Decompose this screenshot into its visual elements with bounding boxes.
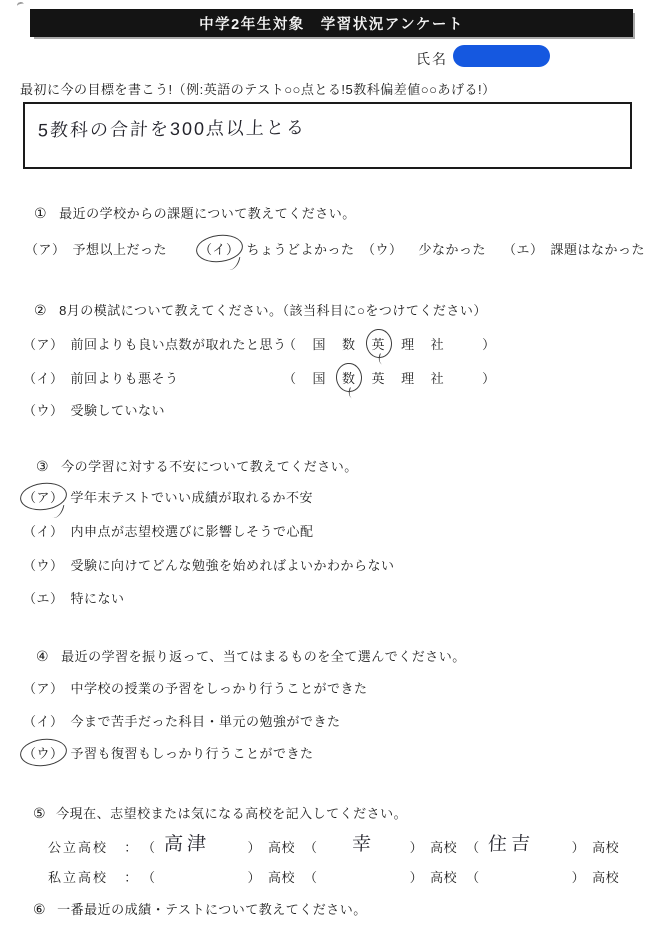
q3-title-text: 今の学習に対する不安について教えてください。 <box>61 456 358 475</box>
private-school-entry-3: （ ） 高校 <box>466 867 628 886</box>
colon: ： <box>120 867 142 886</box>
q3-option-d: （エ） 特にない <box>23 588 125 607</box>
q5-private-row: 私立高校 ： （ ） 高校 （ ） 高校 （ ） 高校 <box>48 867 628 886</box>
q4-option-a-key: （ア） <box>23 678 64 697</box>
paren-open: （ <box>142 867 156 886</box>
q6-title: ⑥ 一番最近の成績・テストについて教えてください。 <box>33 899 367 918</box>
public-school-3-handwritten: 住吉 <box>479 829 534 857</box>
q4-option-b-label: 今まで苦手だった科目・単元の勉強ができた <box>71 711 341 730</box>
q1-number: ① <box>34 205 47 222</box>
private-school-label: 私立高校 <box>48 867 120 886</box>
subject-eigo handwritten-circle-mark: 英 <box>372 334 386 353</box>
subject-eigo: 英 <box>372 368 386 387</box>
q1-option-a-key: （ア） <box>25 239 66 258</box>
q6-title-text: 一番最近の成績・テストについて教えてください。 <box>57 899 367 918</box>
q2-row-b-label: 前回よりも悪そう <box>71 368 179 387</box>
school-suffix: 高校 <box>268 837 295 856</box>
scanned-survey-page: 中学2年生対象 学習状況アンケート 氏名 最初に今の目標を書こう!（例:英語のテ… <box>0 0 657 936</box>
public-school-1-handwritten: 高津 <box>155 829 210 857</box>
q2-row-b-key: （イ） <box>23 368 64 387</box>
paren-close: ） <box>482 334 496 353</box>
public-school-2-handwritten: 幸 <box>351 829 375 856</box>
q1-option-b-key handwritten-circle-mark: （イ） <box>199 239 240 258</box>
q6-number: ⑥ <box>33 901 46 918</box>
scan-artifact <box>16 1 24 9</box>
q3-option-b-key: （イ） <box>23 521 64 540</box>
paren-close: ） <box>410 867 424 886</box>
paren-open: （ <box>283 368 297 387</box>
public-school-entry-1: （ 高津 ） 高校 <box>142 831 304 858</box>
q4-option-c-key handwritten-circle-mark: （ウ） <box>23 743 64 762</box>
q3-option-a: （ア） 学年末テストでいい成績が取れるか不安 <box>23 487 313 506</box>
paren-close: ） <box>410 837 424 856</box>
q1-option-d-key: （エ） <box>503 239 544 258</box>
subject-shakai: 社 <box>431 334 445 353</box>
q3-option-c-label: 受験に向けてどんな勉強を始めればよいかわからない <box>71 555 395 574</box>
q3-option-c: （ウ） 受験に向けてどんな勉強を始めればよいかわからない <box>23 555 395 574</box>
q1-option-d: （エ） 課題はなかった <box>503 239 645 258</box>
private-school-entry-2: （ ） 高校 <box>304 867 466 886</box>
q3-title: ③ 今の学習に対する不安について教えてください。 <box>36 456 358 475</box>
q2-row-b-subjects: （ 国 数 英 理 社 ） <box>283 368 496 387</box>
paren-open: （ <box>283 334 297 353</box>
subject-sugaku handwritten-circle-mark: 数 <box>342 368 356 387</box>
school-suffix: 高校 <box>430 837 457 856</box>
q5-title: ⑤ 今現在、志望校または気になる高校を記入してください。 <box>33 803 407 822</box>
private-school-entry-1: （ ） 高校 <box>142 867 304 886</box>
q1-option-c-label: 少なかった <box>419 239 487 258</box>
q2-row-a: （ア） 前回よりも良い点数が取れたと思う <box>23 334 287 353</box>
school-suffix: 高校 <box>430 867 457 886</box>
q4-title-text: 最近の学習を振り返って、当てはまるものを全て選んでください。 <box>61 646 466 665</box>
q3-option-b: （イ） 内申点が志望校選びに影響しそうで心配 <box>23 521 314 540</box>
subject-rika: 理 <box>401 368 415 387</box>
public-school-label: 公立高校 <box>48 837 120 856</box>
paren-close: ） <box>572 867 586 886</box>
school-suffix: 高校 <box>592 867 619 886</box>
subject-sugaku: 数 <box>342 334 356 353</box>
paren-open: （ <box>142 837 156 856</box>
q1-option-d-label: 課題はなかった <box>551 239 646 258</box>
paren-close: ） <box>482 368 496 387</box>
name-redaction-overlay <box>453 45 550 67</box>
q4-number: ④ <box>36 648 49 665</box>
header-bar: 中学2年生対象 学習状況アンケート <box>30 9 633 37</box>
q1-title: ① 最近の学校からの課題について教えてください。 <box>34 203 356 222</box>
paren-close: ） <box>248 837 262 856</box>
paren-open: （ <box>304 867 318 886</box>
subject-shakai: 社 <box>431 368 445 387</box>
q3-option-c-key: （ウ） <box>23 555 64 574</box>
q2-title-text: 8月の模試について教えてください。（該当科目に○をつけてください） <box>59 300 487 319</box>
q1-option-a: （ア） 予想以上だった <box>25 239 167 258</box>
q3-number: ③ <box>36 458 49 475</box>
q3-option-d-key: （エ） <box>23 588 64 607</box>
q4-option-a-label: 中学校の授業の予習をしっかり行うことができた <box>71 678 368 697</box>
paren-close: ） <box>572 837 586 856</box>
q3-option-d-label: 特にない <box>71 588 125 607</box>
q1-option-c: （ウ） 少なかった <box>362 239 486 258</box>
q2-number: ② <box>34 302 47 319</box>
q3-option-b-label: 内申点が志望校選びに影響しそうで心配 <box>71 521 314 540</box>
name-field-label: 氏名 <box>416 49 448 69</box>
q2-row-a-subjects: （ 国 数 英 理 社 ） <box>283 334 496 353</box>
goal-handwritten-text: 5教科の合計を300点以上とる <box>37 114 306 143</box>
q5-public-row: 公立高校 ： （ 高津 ） 高校 （ 幸 ） 高校 （ 住吉 ） 高校 <box>48 831 628 858</box>
q3-option-a-label: 学年末テストでいい成績が取れるか不安 <box>71 487 313 506</box>
q4-option-b-key: （イ） <box>23 711 64 730</box>
q1-option-c-key: （ウ） <box>362 239 403 258</box>
q1-option-a-label: 予想以上だった <box>73 239 168 258</box>
public-school-entry-3: （ 住吉 ） 高校 <box>466 831 628 858</box>
q2-row-a-label: 前回よりも良い点数が取れたと思う <box>71 334 287 353</box>
q4-option-a: （ア） 中学校の授業の予習をしっかり行うことができた <box>23 678 368 697</box>
subject-kokugo: 国 <box>313 368 327 387</box>
q2-row-a-key: （ア） <box>23 334 64 353</box>
q2-row-c-key: （ウ） <box>23 400 64 419</box>
q4-option-c-label: 予習も復習もしっかり行うことができた <box>71 743 314 762</box>
q4-option-c: （ウ） 予習も復習もしっかり行うことができた <box>23 743 314 762</box>
q5-title-text: 今現在、志望校または気になる高校を記入してください。 <box>56 803 407 822</box>
q4-title: ④ 最近の学習を振り返って、当てはまるものを全て選んでください。 <box>36 646 466 665</box>
school-suffix: 高校 <box>592 837 619 856</box>
q5-number: ⑤ <box>33 805 46 822</box>
q1-title-text: 最近の学校からの課題について教えてください。 <box>59 203 356 222</box>
paren-open: （ <box>304 837 318 856</box>
q1-option-b: （イ） ちょうどよかった <box>199 239 355 258</box>
q1-option-b-label: ちょうどよかった <box>247 239 355 258</box>
page-title: 中学2年生対象 学習状況アンケート <box>199 13 464 34</box>
school-suffix: 高校 <box>268 867 295 886</box>
q2-row-b: （イ） 前回よりも悪そう <box>23 368 179 387</box>
public-school-entry-2: （ 幸 ） 高校 <box>304 831 466 858</box>
q2-title: ② 8月の模試について教えてください。（該当科目に○をつけてください） <box>34 300 487 319</box>
q4-option-b: （イ） 今まで苦手だった科目・単元の勉強ができた <box>23 711 341 730</box>
paren-open: （ <box>466 837 480 856</box>
q3-option-a-key handwritten-circle-mark: （ア） <box>23 487 64 506</box>
colon: ： <box>120 837 142 856</box>
paren-close: ） <box>248 867 262 886</box>
q2-row-c-label: 受験していない <box>71 400 166 419</box>
goal-instruction: 最初に今の目標を書こう!（例:英語のテスト○○点とる!5教科偏差値○○あげる!） <box>20 79 496 98</box>
q2-row-c: （ウ） 受験していない <box>23 400 165 419</box>
subject-kokugo: 国 <box>313 334 327 353</box>
subject-rika: 理 <box>401 334 415 353</box>
paren-open: （ <box>466 867 480 886</box>
